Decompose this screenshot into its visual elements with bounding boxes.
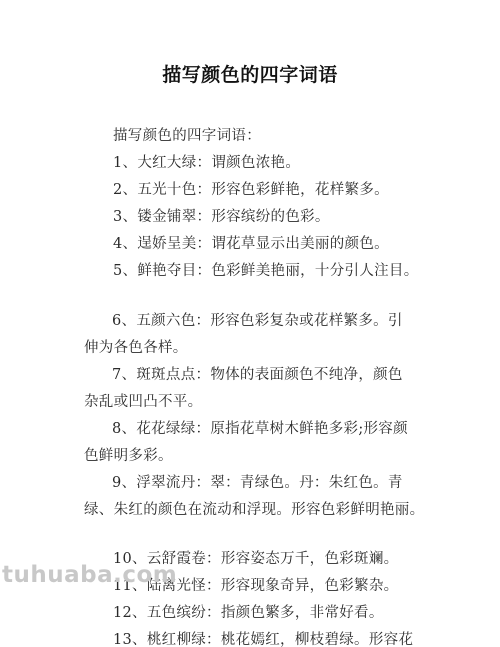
- intro-line: 描写颜色的四字词语：: [113, 124, 261, 145]
- item-line-6: 6、五颜六色：形容色彩复杂或花样繁多。引: [112, 309, 403, 330]
- watermark: tuhuaba.com: [2, 562, 177, 588]
- item-line-7-cont: 杂乱或凹凸不平。: [84, 390, 202, 411]
- page-title: 描写颜色的四字词语: [0, 60, 500, 87]
- item-line-2: 2、五光十色：形容色彩鲜艳，花样繁多。: [113, 178, 389, 199]
- item-line-7: 7、斑斑点点：物体的表面颜色不纯净，颜色: [112, 363, 403, 384]
- item-line-8-cont: 色鲜明多彩。: [84, 444, 173, 465]
- item-line-5: 5、鲜艳夺目：色彩鲜美艳丽，十分引人注目。: [113, 259, 419, 280]
- item-line-4: 4、逞娇呈美：谓花草显示出美丽的颜色。: [113, 232, 389, 253]
- item-line-9-cont: 绿、朱红的颜色在流动和浮现。形容色彩鲜明艳丽。: [84, 498, 424, 519]
- item-line-3: 3、镂金铺翠：形容缤纷的色彩。: [113, 205, 330, 226]
- item-line-8: 8、花花绿绿：原指花草树木鲜艳多彩;形容颜: [112, 417, 408, 438]
- item-line-12: 12、五色缤纷：指颜色繁多，非常好看。: [113, 601, 384, 622]
- item-line-1: 1、大红大绿：谓颜色浓艳。: [113, 151, 300, 172]
- item-line-13: 13、桃红柳绿：桃花嫣红，柳枝碧绿。形容花: [113, 628, 413, 647]
- item-line-9: 9、浮翠流丹：翠：青绿色。丹：朱红色。青: [112, 471, 403, 492]
- item-line-6-cont: 伸为各色各样。: [84, 336, 188, 357]
